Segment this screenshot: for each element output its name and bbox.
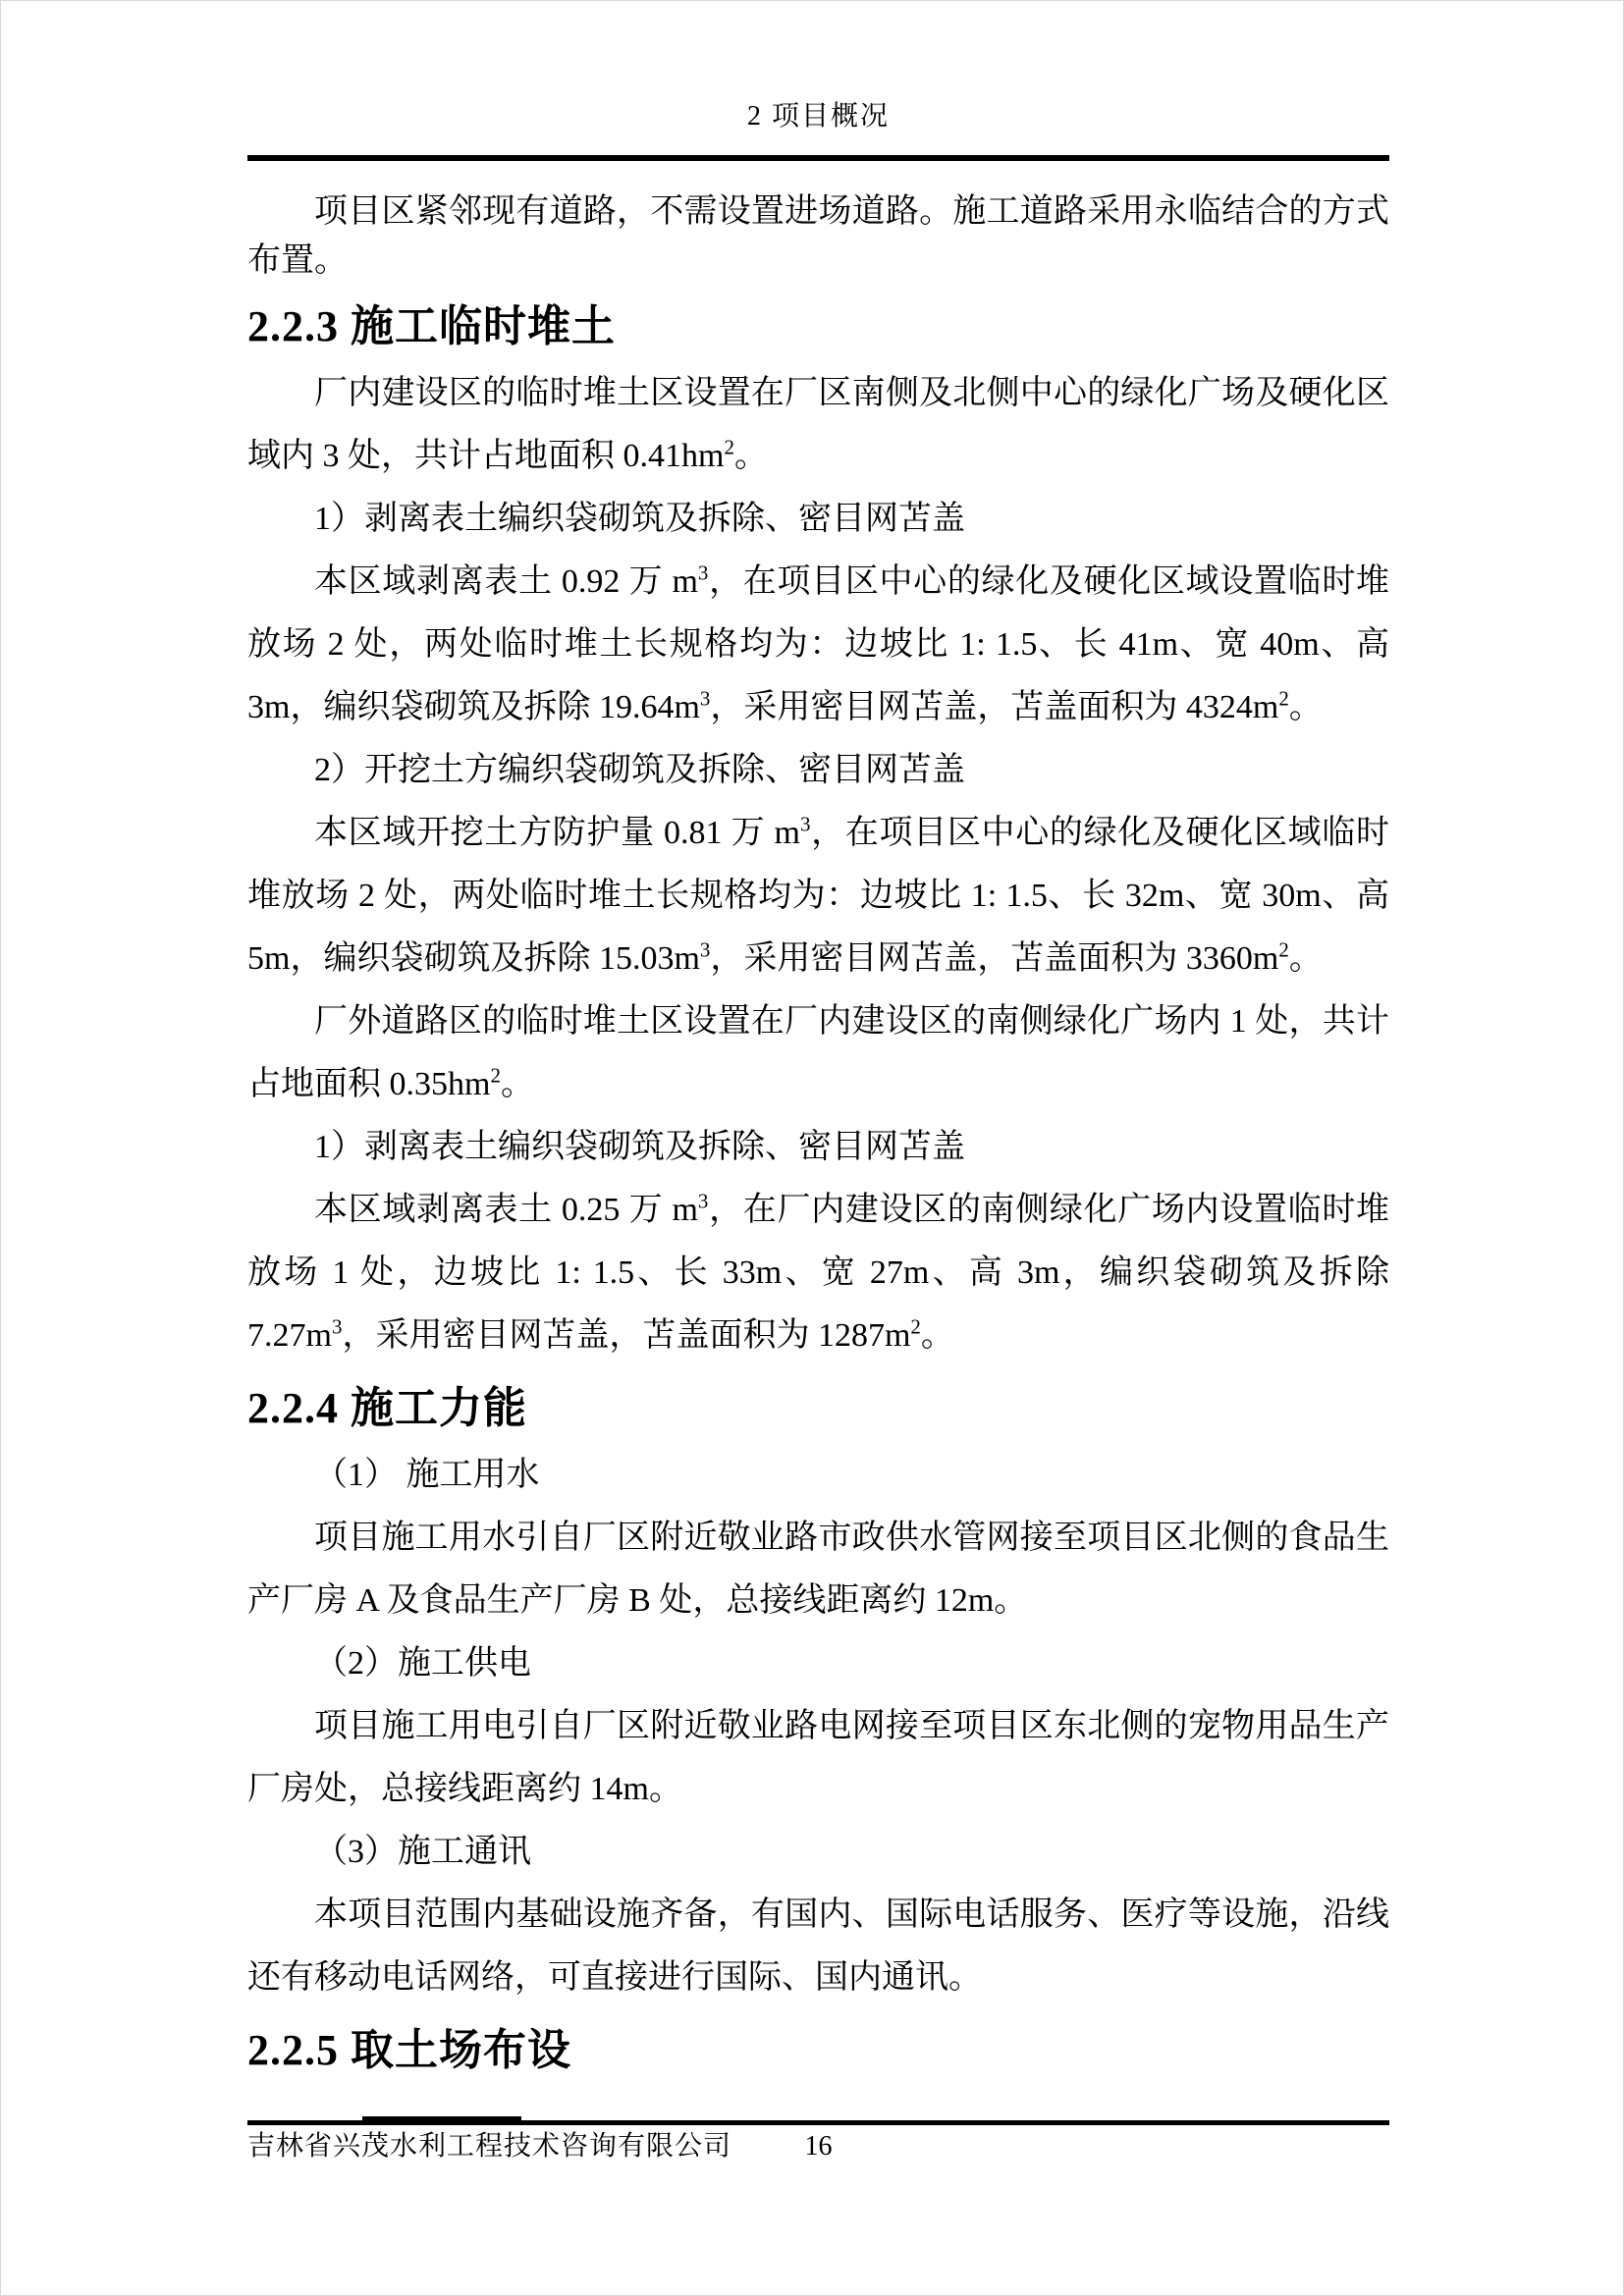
section-heading: 2.2.5 取土场布设 bbox=[247, 2025, 1389, 2076]
list-item: 1）剥离表土编织袋砌筑及拆除、密目网苫盖 bbox=[247, 488, 1389, 551]
paragraph: 项目区紧邻现有道路，不需设置进场道路。施工道路采用永临结合的方式布置。 bbox=[247, 187, 1389, 286]
paragraph: 本项目范围内基础设施齐备，有国内、国际电话服务、医疗等设施，沿线还有移动电话网络… bbox=[247, 1884, 1389, 2009]
superscript: 3 bbox=[698, 1190, 709, 1213]
superscript: 3 bbox=[700, 687, 711, 711]
superscript: 3 bbox=[700, 938, 711, 962]
list-item: 1）剥离表土编织袋砌筑及拆除、密目网苫盖 bbox=[247, 1116, 1389, 1179]
footer-company: 吉林省兴茂水利工程技术咨询有限公司 bbox=[247, 2129, 731, 2164]
page-header-title: 2 项目概况 bbox=[747, 101, 890, 132]
superscript: 2 bbox=[1278, 687, 1289, 711]
section-heading: 2.2.3 施工临时堆土 bbox=[247, 301, 1389, 352]
paragraph: 厂内建设区的临时堆土区设置在厂区南侧及北侧中心的绿化广场及硬化区域内 3 处，共… bbox=[247, 362, 1389, 488]
superscript: 3 bbox=[332, 1315, 343, 1339]
superscript: 2 bbox=[910, 1315, 921, 1339]
document-body: 项目区紧邻现有道路，不需设置进场道路。施工道路采用永临结合的方式布置。2.2.3… bbox=[247, 187, 1389, 2086]
superscript: 2 bbox=[1278, 938, 1289, 962]
section-heading: 2.2.4 施工力能 bbox=[247, 1383, 1389, 1434]
paragraph: 本区域开挖土方防护量 0.81 万 m3，在项目区中心的绿化及硬化区域临时堆放场… bbox=[247, 802, 1389, 990]
superscript: 3 bbox=[698, 561, 709, 585]
list-item: 2）开挖土方编织袋砌筑及拆除、密目网苫盖 bbox=[247, 739, 1389, 802]
paragraph: 本区域剥离表土 0.92 万 m3，在项目区中心的绿化及硬化区域设置临时堆放场 … bbox=[247, 551, 1389, 739]
list-item: （2）施工供电 bbox=[247, 1632, 1389, 1695]
paragraph: 项目施工用电引自厂区附近敬业路电网接至项目区东北侧的宠物用品生产厂房处，总接线距… bbox=[247, 1695, 1389, 1821]
paragraph: 本区域剥离表土 0.25 万 m3，在厂内建设区的南侧绿化广场内设置临时堆放场 … bbox=[247, 1179, 1389, 1367]
page-footer: 16 吉林省兴茂水利工程技术咨询有限公司 bbox=[247, 2129, 1389, 2164]
footer-rule-artifact bbox=[362, 2116, 521, 2121]
header-rule bbox=[247, 155, 1389, 161]
superscript: 3 bbox=[800, 813, 811, 836]
list-item: （3）施工通讯 bbox=[247, 1821, 1389, 1884]
superscript: 2 bbox=[490, 1064, 501, 1088]
paragraph: 项目施工用水引自厂区附近敬业路市政供水管网接至项目区北侧的食品生产厂房 A 及食… bbox=[247, 1507, 1389, 1632]
document-page: 2 项目概况 项目区紧邻现有道路，不需设置进场道路。施工道路采用永临结合的方式布… bbox=[0, 0, 1624, 2296]
superscript: 2 bbox=[724, 436, 734, 459]
page-header: 2 项目概况 bbox=[247, 99, 1389, 134]
paragraph: 厂外道路区的临时堆土区设置在厂内建设区的南侧绿化广场内 1 处，共计占地面积 0… bbox=[247, 990, 1389, 1116]
list-item: （1） 施工用水 bbox=[247, 1444, 1389, 1507]
